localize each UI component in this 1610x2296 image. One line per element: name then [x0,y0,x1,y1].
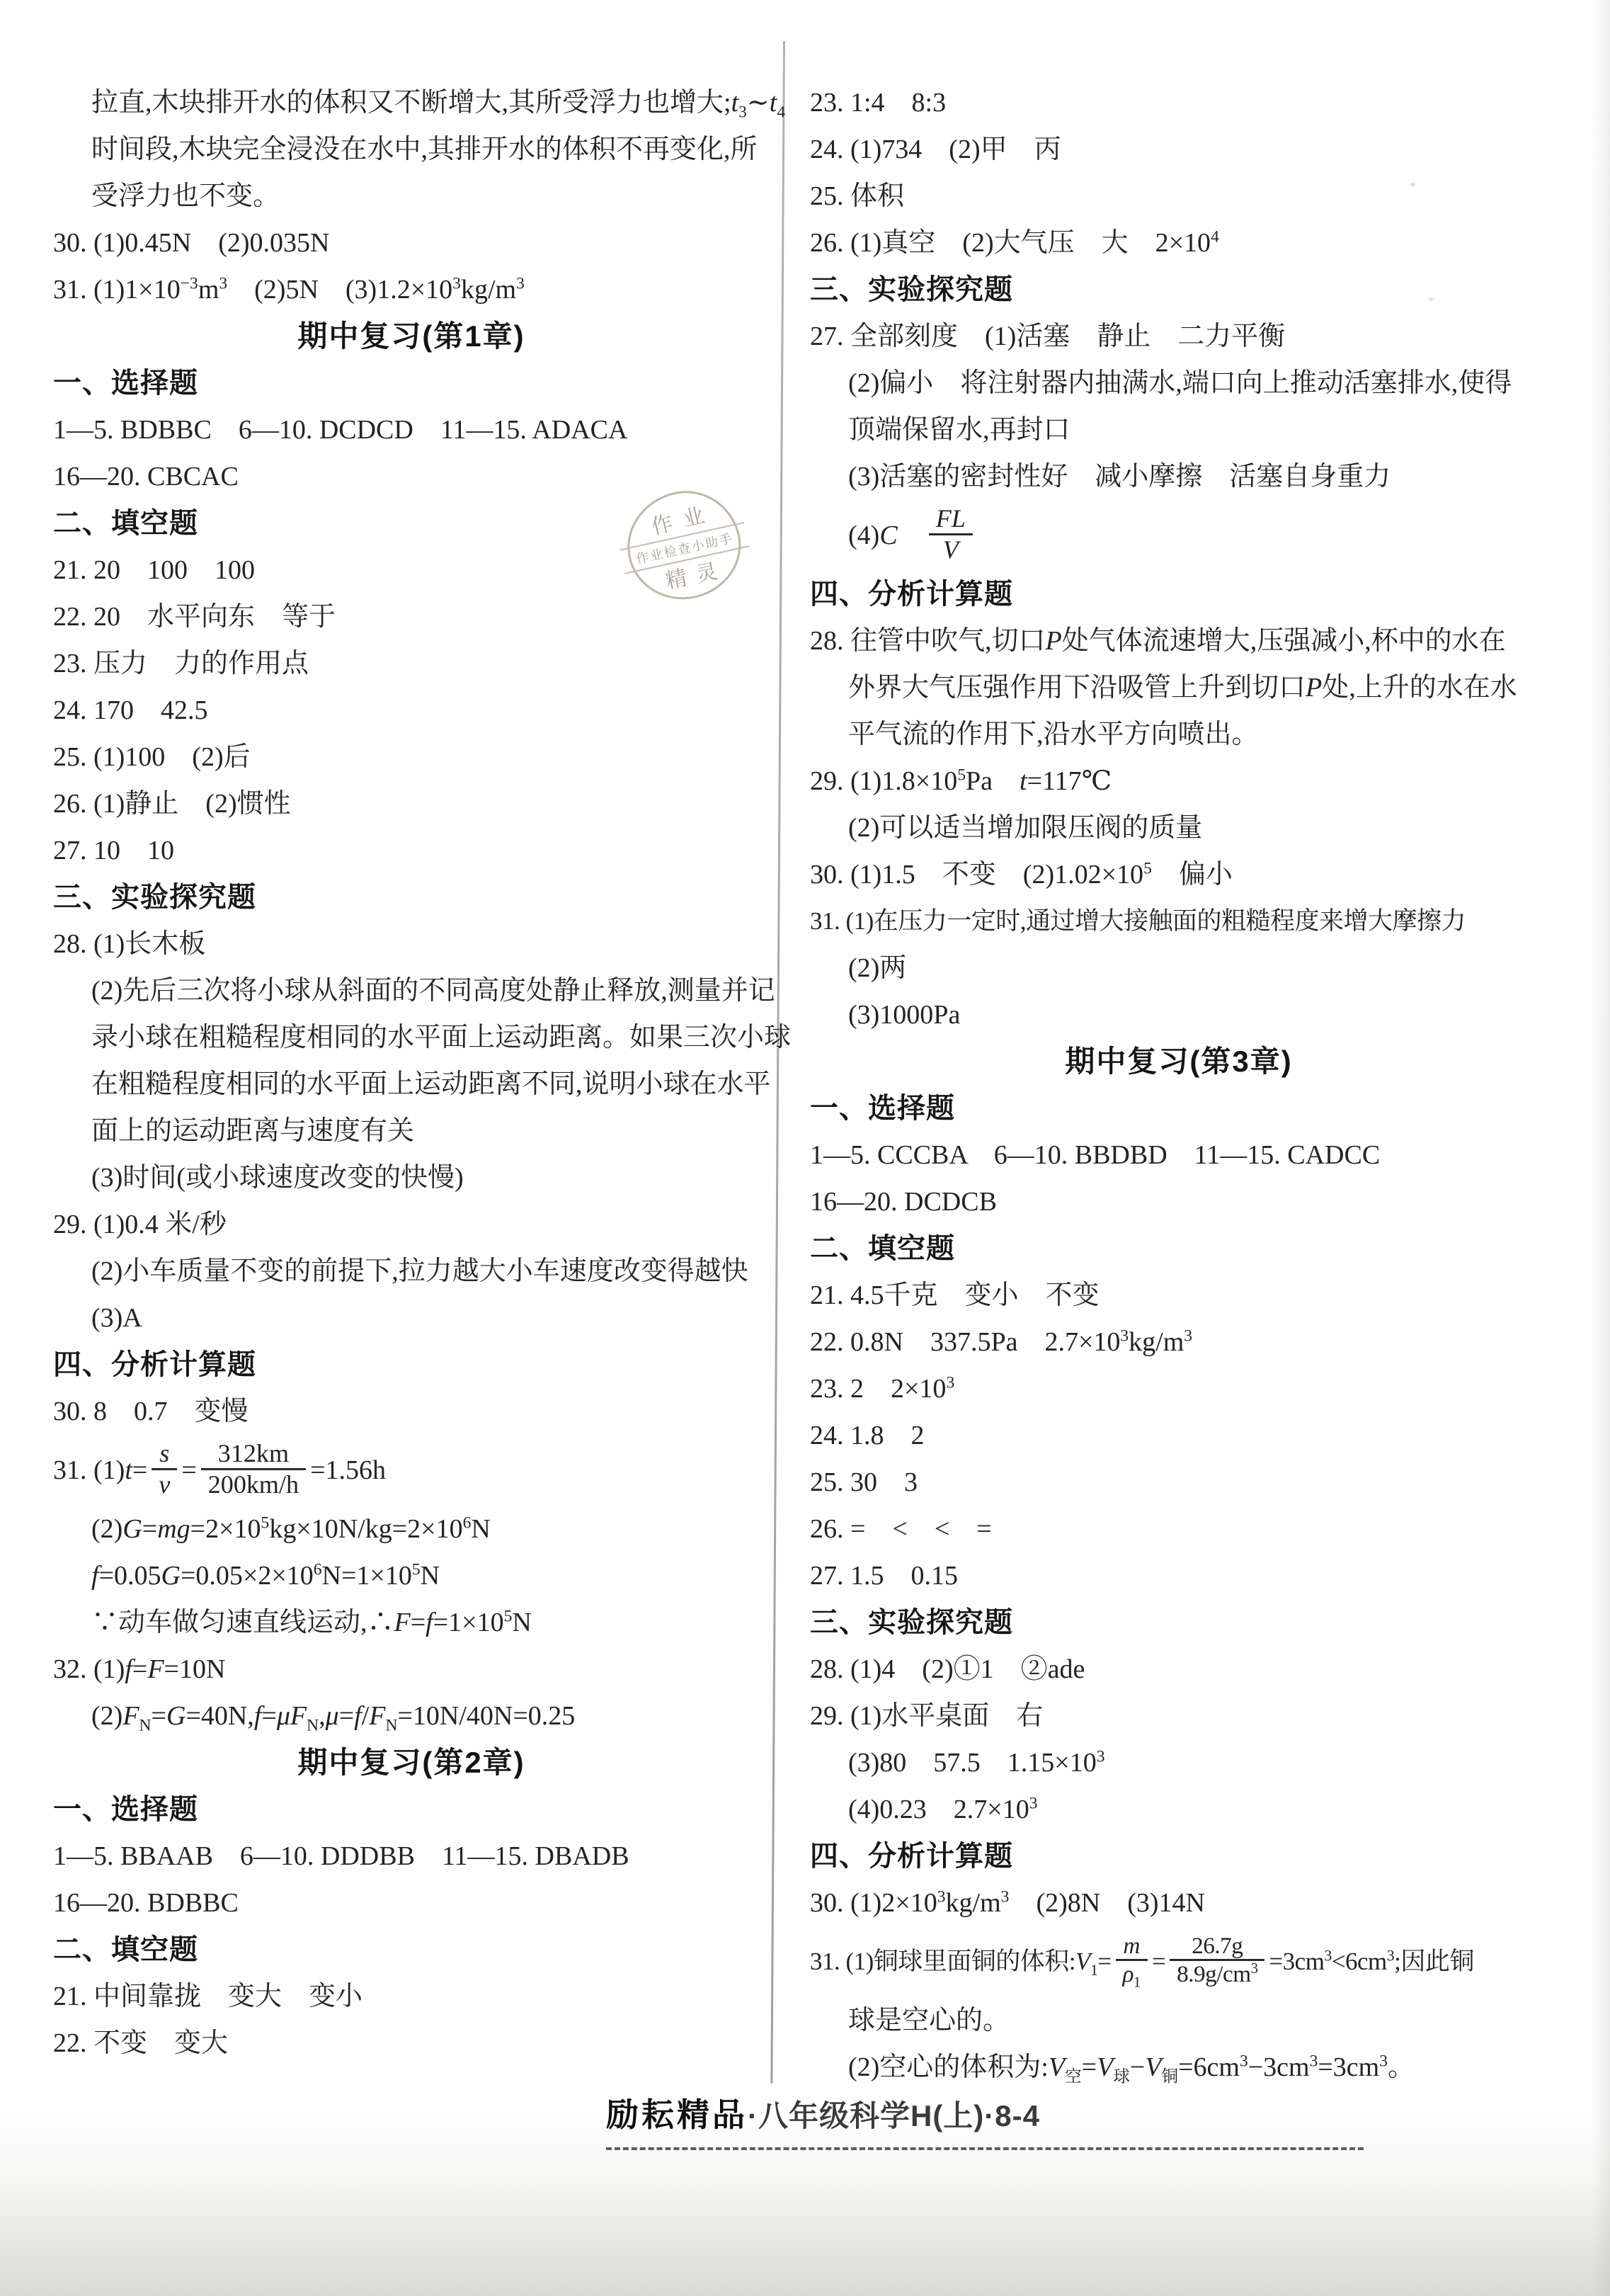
answer-line: 25. 体积 [810,173,1548,220]
answer-line: 31. (1)1×10−3m3 (2)5N (3)1.2×103kg/m3 [53,266,770,313]
answer-line: 24. (1)734 (2)甲 丙 [810,126,1548,173]
answer-line: 21. 中间靠拢 变大 变小 [53,1973,770,2020]
answer-line: 26. = < < = [810,1506,1548,1552]
answer-line: 球是空心的。 [810,1997,1548,2044]
answer-line: (3)80 57.5 1.15×103 [810,1739,1548,1786]
answer-line: 面上的运动距离与速度有关 [53,1108,770,1154]
answer-line: 21. 4.5千克 变小 不变 [810,1272,1548,1319]
answer-line: 16—20. DCDCB [810,1178,1548,1225]
fraction: FLV [929,504,973,564]
answer-line: 25. (1)100 (2)后 [53,734,770,780]
answer-line: 录小球在粗糙程度相同的水平面上运动距离。如果三次小球 [53,1014,770,1061]
answer-line: 16—20. BDBBC [53,1880,770,1926]
answer-line: (2)可以适当增加限压阀的质量 [810,805,1548,851]
answer-line: (3)A [53,1295,770,1341]
section-heading: 四、分析计算题 [810,571,1548,618]
section-heading: 二、填空题 [810,1225,1548,1272]
answer-line: 1—5. BBAAB 6—10. DDDBB 11—15. DBADB [53,1833,770,1880]
answer-line: 24. 1.8 2 [810,1412,1548,1459]
fraction: 26.7g8.9g/cm3 [1170,1933,1264,1987]
answer-line: 29. (1)1.8×105Pa t=117℃ [810,758,1548,805]
section-heading: 一、选择题 [53,1786,770,1833]
answer-line: 32. (1)f=F=10N [53,1646,770,1693]
answer-line: 在粗糙程度相同的水平面上运动距离不同,说明小球在水平 [53,1061,770,1108]
answer-line: 30. (1)0.45N (2)0.035N [53,220,770,266]
answer-line: (2)先后三次将小球从斜面的不同高度处静止释放,测量并记 [53,967,770,1014]
answer-line: (3)活塞的密封性好 减小摩擦 活塞自身重力 [810,453,1548,500]
answer-line: (2)G=mg=2×105kg×10N/kg=2×106N [53,1506,770,1552]
answer-line: 拉直,木块排开水的体积又不断增大,其所受浮力也增大;t3∼t4 [53,79,770,126]
section-heading: 三、实验探究题 [810,1599,1548,1646]
answer-line: (3)1000Pa [810,991,1548,1038]
answer-line: 27. 全部刻度 (1)活塞 静止 二力平衡 [810,313,1548,360]
answer-line: (2)偏小 将注射器内抽满水,端口向上推动活塞排水,使得 [810,360,1548,407]
section-heading: 一、选择题 [53,360,770,407]
answer-line: (2)FN=G=40N,f=μFN,μ=f/FN=10N/40N=0.25 [53,1693,770,1739]
scan-speck [1410,183,1415,186]
answer-line: 29. (1)水平桌面 右 [810,1693,1548,1739]
chapter-title: 期中复习(第2章) [53,1739,770,1786]
answer-line: 26. (1)真空 (2)大气压 大 2×104 [810,220,1548,266]
right-column: 23. 1:4 8:324. (1)734 (2)甲 丙25. 体积26. (1… [810,79,1548,2091]
section-heading: 二、填空题 [53,500,770,547]
answer-line: 29. (1)0.4 米/秒 [53,1201,770,1248]
scanned-answer-page: 作业 作业检查小助手 精灵 拉直,木块排开水的体积又不断增大,其所受浮力也增大;… [0,0,1610,2296]
answer-line: 31. (1)在压力一定时,通过增大接触面的粗糙程度来增大摩擦力 [810,898,1548,945]
answer-line: 30. (1)2×103kg/m3 (2)8N (3)14N [810,1880,1548,1926]
column-divider [770,41,785,2084]
answer-line: (3)时间(或小球速度改变的快慢) [53,1154,770,1201]
answer-line: ∵动车做匀速直线运动,∴F=f=1×105N [53,1599,770,1646]
fraction: mρ1 [1116,1933,1148,1987]
answer-line: 25. 30 3 [810,1459,1548,1506]
chapter-title: 期中复习(第1章) [53,313,770,360]
section-heading: 四、分析计算题 [810,1833,1548,1880]
answer-line: 30. (1)1.5 不变 (2)1.02×105 偏小 [810,851,1548,898]
answer-line: (4)0.23 2.7×103 [810,1786,1548,1833]
answer-line: (2)小车质量不变的前提下,拉力越大小车速度改变得越快 [53,1248,770,1295]
fraction: sv [152,1439,177,1499]
section-heading: 一、选择题 [810,1085,1548,1132]
left-column: 拉直,木块排开水的体积又不断增大,其所受浮力也增大;t3∼t4时间段,木块完全浸… [53,79,770,2067]
scan-speck [1429,297,1433,301]
answer-line: 22. 不变 变大 [53,2020,770,2067]
answer-line: 顶端保留水,再封口 [810,407,1548,453]
footer-edition-text: ·八年级科学H(上)·8-4 [748,2099,1040,2132]
scan-speck [1398,641,1403,644]
answer-line: 时间段,木块完全浸没在水中,其排开水的体积不再变化,所 [53,126,770,173]
fraction: 312km200km/h [201,1439,306,1499]
answer-line: f=0.05G=0.05×2×106N=1×105N [53,1552,770,1599]
answer-line: 平气流的作用下,沿水平方向喷出。 [810,711,1548,758]
answer-line: 1—5. CCCBA 6—10. BBDBD 11—15. CADCC [810,1132,1548,1178]
section-heading: 四、分析计算题 [53,1341,770,1388]
answer-line: 28. (1)4 (2)①1 ②ade [810,1646,1548,1693]
answer-line: 外界大气压强作用下沿吸管上升到切口P处,上升的水在水 [810,664,1548,711]
answer-line: 28. (1)长木板 [53,921,770,967]
answer-line: 24. 170 42.5 [53,687,770,734]
answer-line: 16—20. CBCAC [53,453,770,500]
answer-line: 28. 往管中吹气,切口P处气体流速增大,压强减小,杯中的水在 [810,618,1548,664]
answer-line: 27. 10 10 [53,827,770,874]
answer-line: (2)空心的体积为:V空=V球−V铜=6cm3−3cm3=3cm3。 [810,2044,1548,2091]
section-heading: 二、填空题 [53,1926,770,1973]
answer-line: 受浮力也不变。 [53,173,770,220]
answer-line: 23. 1:4 8:3 [810,79,1548,126]
page-footer: 励耘精品·八年级科学H(上)·8-4 [606,2089,1364,2150]
answer-line: (2)两 [810,945,1548,991]
answer-line: 22. 0.8N 337.5Pa 2.7×103kg/m3 [810,1319,1548,1365]
brand-logo-text: 励耘精品 [606,2096,748,2133]
answer-line: 21. 20 100 100 [53,547,770,593]
chapter-title: 期中复习(第3章) [810,1038,1548,1085]
scan-bottom-shadow [0,2180,1610,2296]
answer-line: 1—5. BDBBC 6—10. DCDCD 11—15. ADACA [53,407,770,453]
answer-line: 23. 压力 力的作用点 [53,640,770,687]
formula-line: (4)C FLV [810,500,1548,571]
formula-line: 31. (1)t=sv=312km200km/h=1.56h [53,1435,770,1506]
answer-line: 26. (1)静止 (2)惯性 [53,780,770,827]
section-heading: 三、实验探究题 [810,266,1548,313]
answer-line: 22. 20 水平向东 等于 [53,593,770,640]
answer-line: 23. 2 2×103 [810,1365,1548,1412]
page-edge-shadow [1592,0,1610,2296]
answer-line: 27. 1.5 0.15 [810,1552,1548,1599]
answer-line: 30. 8 0.7 变慢 [53,1388,770,1435]
formula-line: 31. (1)铜球里面铜的体积:V1=mρ1=26.7g8.9g/cm3=3cm… [810,1926,1548,1997]
section-heading: 三、实验探究题 [53,874,770,921]
